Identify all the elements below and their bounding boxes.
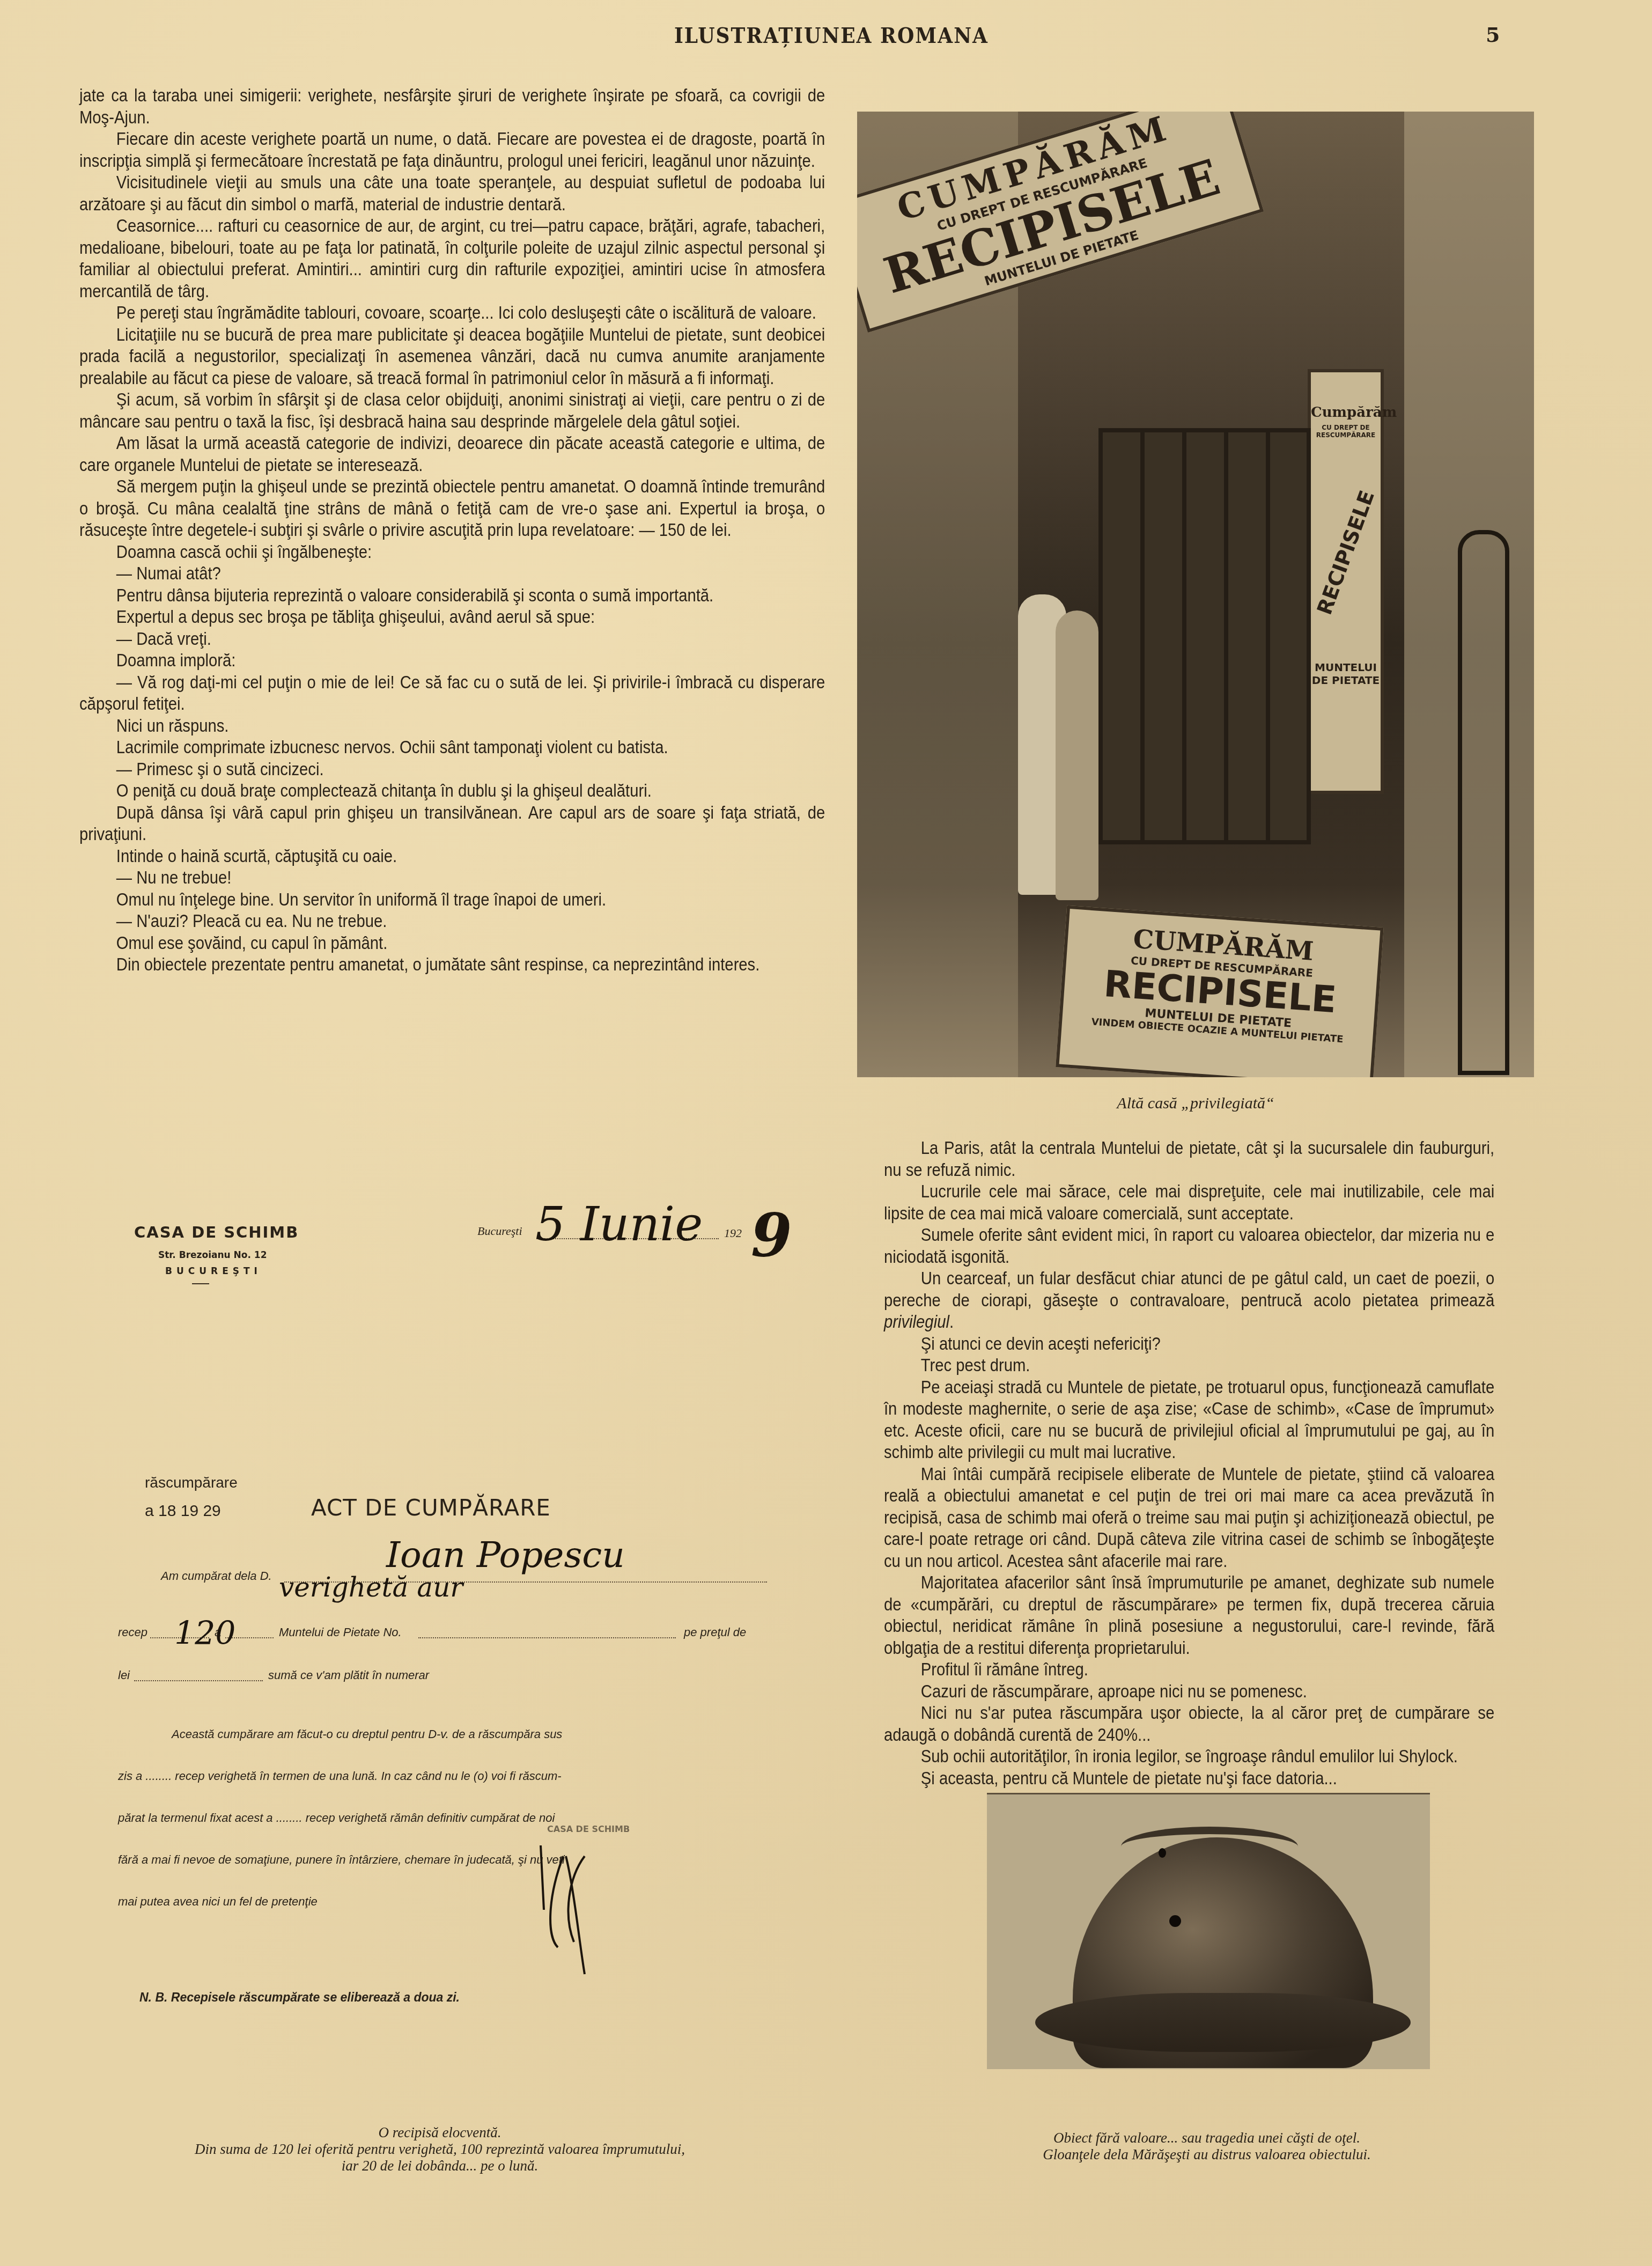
article-paragraph: — Nu ne trebue!	[79, 867, 825, 889]
article-right-column: La Paris, atât la centrala Muntelui de p…	[884, 1137, 1494, 1819]
amount-handwritten: 120	[174, 1615, 236, 1652]
article-left-column: jate ca la taraba unei simigerii: verigh…	[79, 85, 825, 976]
receipt-terms-line: zis a ........ recep verighetă în termen…	[118, 1769, 562, 1783]
helmet-brim	[1035, 1993, 1411, 2052]
article-paragraph: Cazuri de răscumpărare, aproape nici nu …	[884, 1681, 1494, 1703]
receipt-caption-line: O recipisă elocventă.	[64, 2124, 815, 2141]
receipt-terms-line: mai putea avea nici un fel de pretenţie	[118, 1895, 318, 1909]
receipt-note: N. B. Recepisele răscumpărate se elibere…	[139, 1990, 460, 2005]
receipt-year-handwritten: 9	[751, 1201, 792, 1270]
article-paragraph: Şi acum, să vorbim în sfârşit şi de clas…	[79, 389, 825, 432]
price-label: pe preţul de	[684, 1625, 746, 1639]
shop-photo-caption: Altă casă „privilegiată“	[857, 1094, 1534, 1113]
receipt-city: BUCUREŞTI	[165, 1266, 262, 1277]
photo-person-girl	[1056, 610, 1098, 900]
receipt-terms-line: părat la termenul fixat acest a ........…	[118, 1811, 555, 1825]
helmet-caption-line: Obiect fără valoare... sau tragedia unei…	[906, 2130, 1507, 2146]
bullet-hole	[1169, 1915, 1181, 1927]
italic-word: privilegiul	[884, 1312, 949, 1332]
receipt-caption-line: Din suma de 120 lei oferită pentru verig…	[64, 2141, 815, 2158]
sign-side-line2: CU DREPT DE RESCUMPĂRARE	[1311, 424, 1381, 439]
photo-iron-gate	[1458, 530, 1509, 1075]
shop-sign-bottom: CUMPĂRĂM CU DREPT DE RESCUMPĂRARE RECIPI…	[1056, 906, 1384, 1077]
sign-side-line3: RECIPISELE	[1312, 485, 1380, 620]
article-paragraph: Fiecare din aceste verighete poartă un n…	[79, 128, 825, 172]
bought-from-label: Am cumpărat dela D.	[161, 1569, 272, 1583]
article-paragraph: Lacrimile comprimate izbucnesc nervos. O…	[79, 737, 825, 759]
bullet-hole	[1159, 1848, 1166, 1858]
sign-side-line4: MUNTELUI DE PIETATE	[1311, 661, 1381, 687]
article-paragraph: Sumele oferite sânt evident mici, în rap…	[884, 1224, 1494, 1268]
article-paragraph: Trec pest drum.	[884, 1355, 1494, 1377]
receipt-divider	[192, 1283, 209, 1284]
article-paragraph: Din obiectele prezentate pentru amanetat…	[79, 954, 825, 976]
helmet-photograph	[987, 1793, 1430, 2069]
article-paragraph: Mai întâi cumpără recipisele eliberate d…	[884, 1463, 1494, 1572]
article-paragraph: — N'auzi? Pleacă cu ea. Nu ne trebue.	[79, 910, 825, 932]
helmet-crest	[1121, 1827, 1298, 1866]
receipt-stamp: CASA DE SCHIMB	[547, 1824, 630, 1834]
article-paragraph: Ceasornice.... rafturi cu ceasornice de …	[79, 215, 825, 302]
article-paragraph: — Dacă vreţi.	[79, 628, 825, 650]
sign-side-line1: Cumpărăm	[1311, 404, 1381, 421]
receipt-signature-scrawl	[536, 1835, 622, 1985]
article-paragraph: Pe aceiaşi stradă cu Muntele de pietate,…	[884, 1377, 1494, 1463]
lei-label: lei	[118, 1668, 130, 1682]
article-paragraph: După dânsa îşi vâră capul prin ghişeu un…	[79, 802, 825, 845]
article-paragraph: Nici nu s'ar putea răscumpăra uşor obiec…	[884, 1702, 1494, 1746]
helmet-caption: Obiect fără valoare... sau tragedia unei…	[906, 2130, 1507, 2163]
article-paragraph: Lucrurile cele mai sărace, cele mai disp…	[884, 1181, 1494, 1224]
article-paragraph: Licitaţiile nu se bucură de prea mare pu…	[79, 324, 825, 389]
article-left-text: jate ca la taraba unei simigerii: verigh…	[79, 85, 825, 976]
receipt-place-label: Bucureşti	[477, 1224, 522, 1238]
article-paragraph: Doamna imploră:	[79, 650, 825, 672]
amount-dotted-line	[134, 1680, 263, 1681]
article-paragraph: — Numai atât?	[79, 563, 825, 585]
receipt-company: CASA DE SCHIMB	[134, 1223, 299, 1241]
article-paragraph: — Primesc şi o sută cincizeci.	[79, 759, 825, 781]
page-number: 5	[1486, 23, 1500, 47]
article-paragraph: Un cearceaf, un fular desfăcut chiar atu…	[884, 1268, 1494, 1333]
redemption-date: a 18 19 29	[145, 1502, 221, 1520]
article-paragraph: Să mergem puţin la ghişeul unde se prezi…	[79, 476, 825, 541]
article-paragraph: O peniţă cu două braţe complectează chit…	[79, 780, 825, 802]
receipt-body: răscumpărare a 18 19 29 ACT DE CUMPĂRARE…	[107, 1448, 805, 1985]
receipt-caption-line: iar 20 de lei dobânda... pe o lună.	[64, 2158, 815, 2174]
article-paragraph: Nici un răspuns.	[79, 715, 825, 737]
seller-name-handwritten: Ioan Popescu	[386, 1534, 625, 1576]
article-right-wrapper: La Paris, atât la centrala Muntelui de p…	[884, 1137, 1494, 1819]
receipt-terms-line: fără a mai fi nevoe de somaţiune, punere…	[118, 1853, 565, 1867]
article-paragraph: Omul nu înţelege bine. Un servitor în un…	[79, 889, 825, 911]
receipt-street: Str. Brezoianu No. 12	[158, 1250, 267, 1261]
article-paragraph: — Vă rog daţi-mi cel puţin o mie de lei!…	[79, 672, 825, 715]
helmet-caption-line: Gloanţele dela Mărăşeşti au distrus valo…	[906, 2146, 1507, 2163]
shop-display-window	[1098, 428, 1311, 844]
number-dotted-line	[418, 1637, 676, 1638]
article-paragraph: Omul ese şovăind, cu capul în pământ.	[79, 932, 825, 954]
article-paragraph: Şi atunci ce devin aceşti nefericiţi?	[884, 1333, 1494, 1355]
shop-sign-side: Cumpărăm CU DREPT DE RESCUMPĂRARE RECIPI…	[1308, 369, 1384, 794]
pawnshop-number-label: Muntelui de Pietate No.	[279, 1625, 402, 1639]
shop-photograph: CUMPĂRĂM CU DREPT DE RESCUMPĂRARE RECIPI…	[857, 112, 1534, 1077]
article-paragraph: Pe pereţi stau îngrămădite tablouri, cov…	[79, 302, 825, 324]
article-paragraph: La Paris, atât la centrala Muntelui de p…	[884, 1137, 1494, 1181]
article-paragraph: Expertul a depus sec broşa pe tăbliţa gh…	[79, 606, 825, 628]
receipt-year-prefix: 192	[724, 1226, 742, 1240]
article-paragraph: Pentru dânsa bijuteria reprezintă o valo…	[79, 585, 825, 607]
receipt-caption: O recipisă elocventă. Din suma de 120 le…	[64, 2124, 815, 2174]
article-paragraph: Vicisitudinele vieţii au smuls una câte …	[79, 172, 825, 215]
amount-suffix: sumă ce v'am plătit în numerar	[268, 1668, 429, 1682]
article-paragraph: Sub ochii autorităţilor, în ironia legil…	[884, 1746, 1494, 1768]
receipt-document: CASA DE SCHIMB Str. Brezoianu No. 12 BUC…	[107, 1191, 805, 2028]
publication-title: ILUSTRAȚIUNEA ROMANA	[590, 24, 1073, 48]
article-paragraph: Intinde o haină scurtă, căptuşită cu oai…	[79, 845, 825, 867]
article-paragraph: Majoritatea afacerilor sânt însă împrumu…	[884, 1572, 1494, 1659]
article-paragraph: Profitul îi rămâne întreg.	[884, 1659, 1494, 1681]
receipt-terms-line: Această cumpărare am făcut-o cu dreptul …	[172, 1727, 562, 1741]
receipt-title: ACT DE CUMPĂRARE	[311, 1495, 551, 1521]
redemption-label: răscumpărare	[145, 1474, 238, 1491]
item-handwritten: verighetă aur	[279, 1572, 463, 1603]
receipt-date-handwritten: 5 Iunie	[535, 1196, 703, 1252]
article-right-text: La Paris, atât la centrala Muntelui de p…	[884, 1137, 1494, 1789]
article-paragraph: Şi aceasta, pentru că Muntele de pietate…	[884, 1768, 1494, 1790]
article-paragraph: Am lăsat la urmă această categorie de in…	[79, 432, 825, 476]
recep-label: recep	[118, 1625, 147, 1639]
article-paragraph: jate ca la taraba unei simigerii: verigh…	[79, 85, 825, 128]
article-paragraph: Doamna cască ochii şi îngălbeneşte:	[79, 541, 825, 563]
